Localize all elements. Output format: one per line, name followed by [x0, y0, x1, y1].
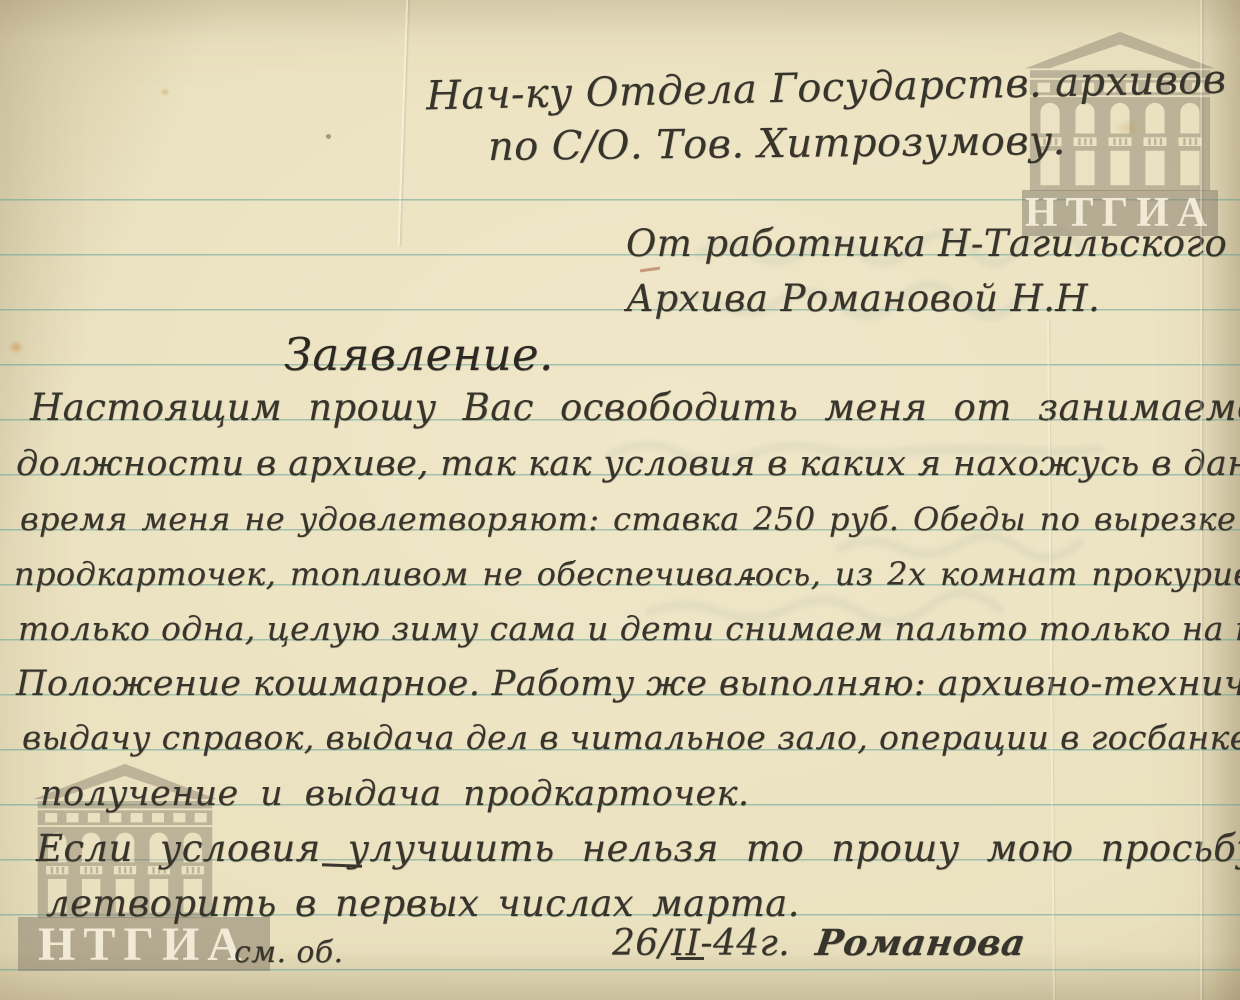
body-line-1: Настоящим прошу Вас освободить меня от з…	[30, 388, 1240, 429]
archive-building-icon	[1024, 30, 1216, 191]
paper-speck	[326, 134, 331, 139]
body-line-4: продкарточек, топливом не обеспечивалось…	[14, 557, 1240, 592]
closing-line-2: летворить в первых числах марта.	[46, 884, 800, 925]
body-line-5: только одна, целую зиму сама и дети сним…	[18, 611, 1240, 647]
body-line-3: время меня не удовлетворяют: ставка 250 …	[20, 502, 1240, 537]
body-line-7: выдачу справок, выдача дел в читальное з…	[22, 720, 1240, 756]
paper-stain	[1114, 118, 1144, 138]
paper-stain	[160, 88, 170, 96]
sender-line-1: От работника Н-Тагильского	[626, 224, 1227, 265]
addressee-line-1: Нач-ку Отдела Государств. архивов	[426, 58, 1227, 119]
scanned-document-page: НТГИА НТГИА Нач-ку Отдела Государств. ар…	[0, 0, 1240, 1000]
body-line-6: Положение кошмарное. Работу же выполняю:…	[16, 665, 1240, 704]
signature: Романова	[813, 924, 1028, 964]
red-pencil-mark	[640, 267, 660, 273]
paper-crease	[398, 0, 409, 246]
archive-watermark-band: НТГИА	[18, 917, 270, 971]
date-signature-line: 26/II-44г.Романова	[612, 924, 1025, 964]
date: 26/II-44г.	[612, 923, 790, 964]
paper-stain	[8, 340, 24, 354]
body-line-8: получение и выдача продкарточек.	[40, 775, 749, 814]
closing-line-1: Если условия улучшить нельзя то прошу мо…	[36, 829, 1240, 870]
document-title: Заявление.	[284, 330, 554, 380]
sender-line-2: Архива Романовой Н.Н.	[626, 279, 1100, 320]
addressee-line-2: по С/О. Тов. Хитрозумову.	[488, 119, 1066, 169]
body-line-2: должности в архиве, так как условия в ка…	[16, 445, 1240, 484]
see-overleaf-note: см. об.	[234, 936, 343, 969]
